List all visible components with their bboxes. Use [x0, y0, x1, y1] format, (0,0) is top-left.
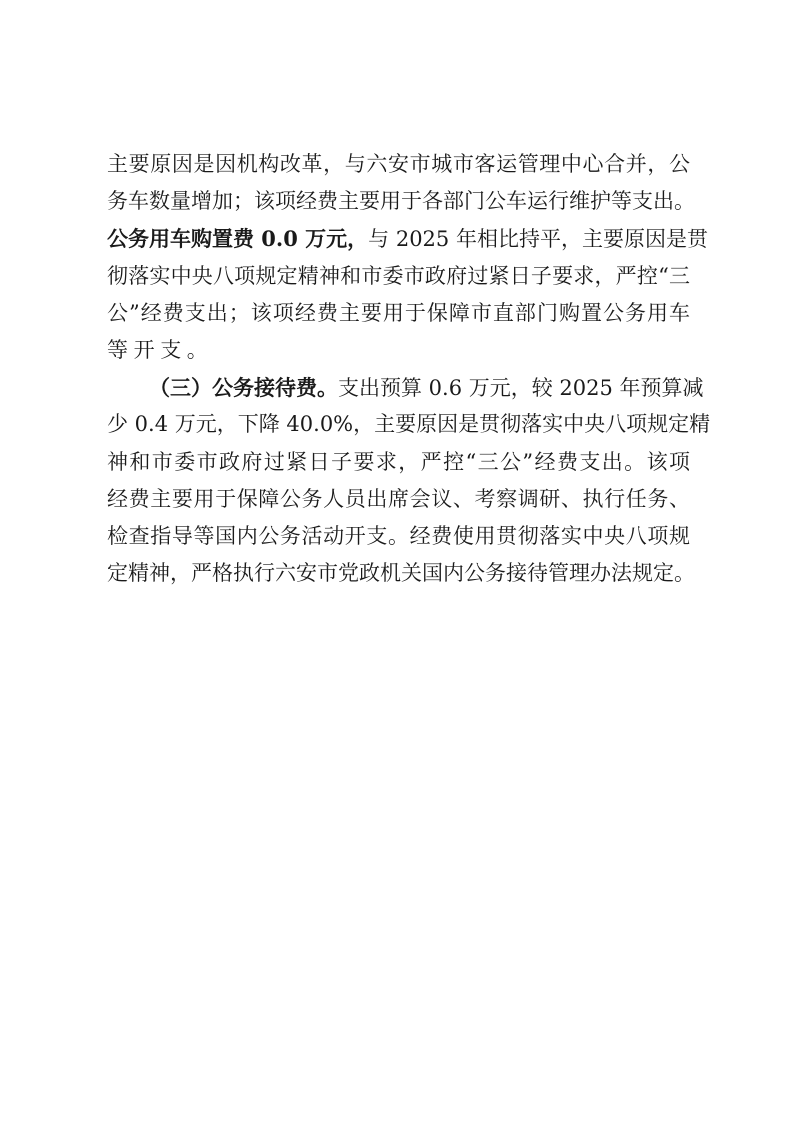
- text-line: 检查指导等国内公务活动开支。经费使用贯彻落实中央八项规: [107, 518, 690, 555]
- text-run: 主要原因是因机构改革，与六安市城市客运管理中心合并，公: [107, 152, 690, 176]
- text-line: 公”经费支出；该项经费主要用于保障市直部门购置公务用车: [107, 295, 690, 332]
- text-run: 务车数量增加；该项经费主要用于各部门公车运行维护等支出。: [107, 189, 695, 213]
- text-line: 务车数量增加；该项经费主要用于各部门公车运行维护等支出。: [107, 183, 690, 220]
- text-run: 定精神，严格执行六安市党政机关国内公务接待管理办法规定。: [107, 561, 695, 585]
- text-line: 主要原因是因机构改革，与六安市城市客运管理中心合并，公: [107, 146, 690, 183]
- text-line: 少 0.4 万元，下降 40.0%，主要原因是贯彻落实中央八项规定精: [107, 406, 690, 443]
- text-line: 公务用车购置费 0.0 万元，与 2025 年相比持平，主要原因是贯: [107, 220, 690, 257]
- document-page: 主要原因是因机构改革，与六安市城市客运管理中心合并，公 务车数量增加；该项经费主…: [107, 146, 690, 592]
- text-run: 支出预算 0.6 万元，较 2025 年预算减: [338, 376, 704, 400]
- text-run: 少 0.4 万元，下降 40.0%，主要原因是贯彻落实中央八项规定精: [107, 412, 710, 436]
- text-line: 等开支。: [107, 332, 690, 369]
- text-line: 经费主要用于保障公务人员出席会议、考察调研、执行任务、: [107, 481, 690, 518]
- text-run: 彻落实中央八项规定精神和市委市政府过紧日子要求，严控“三: [107, 264, 690, 288]
- text-line: 定精神，严格执行六安市党政机关国内公务接待管理办法规定。: [107, 555, 690, 592]
- text-line: 彻落实中央八项规定精神和市委市政府过紧日子要求，严控“三: [107, 258, 690, 295]
- text-run: 经费主要用于保障公务人员出席会议、考察调研、执行任务、: [107, 487, 690, 511]
- text-run: 神和市委市政府过紧日子要求，严控“三公”经费支出。该项: [107, 450, 690, 474]
- text-run: 与 2025 年相比持平，主要原因是贯: [368, 227, 708, 251]
- text-run: 等开支。: [107, 338, 213, 362]
- text-run: 公”经费支出；该项经费主要用于保障市直部门购置公务用车: [107, 301, 690, 325]
- section-heading-run: （三）公务接待费。: [149, 375, 338, 400]
- bold-heading-run: 公务用车购置费 0.0 万元，: [107, 226, 368, 251]
- text-line: 神和市委市政府过紧日子要求，严控“三公”经费支出。该项: [107, 444, 690, 481]
- text-line: （三）公务接待费。支出预算 0.6 万元，较 2025 年预算减: [107, 369, 690, 406]
- text-run: 检查指导等国内公务活动开支。经费使用贯彻落实中央八项规: [107, 524, 690, 548]
